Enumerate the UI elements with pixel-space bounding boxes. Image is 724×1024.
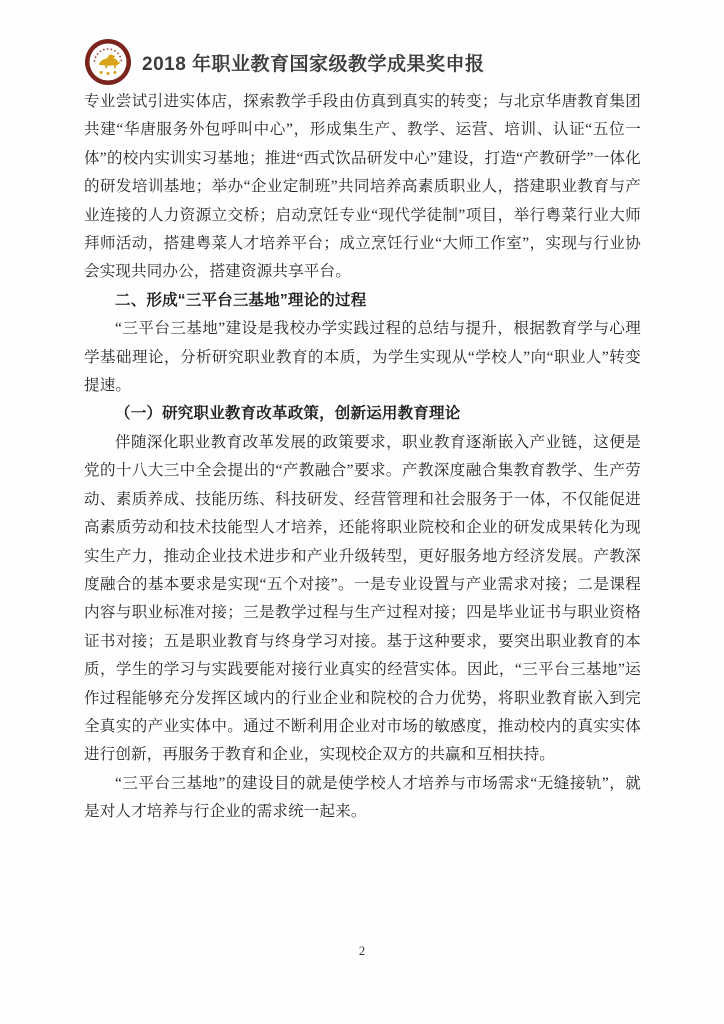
paragraph-theory-summary: “三平台三基地”建设是我校办学实践过程的总结与提升，根据教育学与心理学基础理论，…: [84, 315, 641, 400]
section-heading-2: 二、形成“三平台三基地”理论的过程: [84, 287, 641, 315]
subsection-heading-2-1: （一）研究职业教育改革政策，创新运用教育理论: [84, 400, 641, 428]
paragraph-continuation: 专业尝试引进实体店，探索教学手段由仿真到真实的转变；与北京华唐教育集团共建“华唐…: [84, 88, 641, 287]
document-header: 2018 年职业教育国家级教学成果奖申报: [84, 38, 640, 86]
document-body: 专业尝试引进实体店，探索教学手段由仿真到真实的转变；与北京华唐教育集团共建“华唐…: [84, 88, 641, 827]
paragraph-construction-goal: “三平台三基地”的建设目的就是使学校人才培养与市场需求“无缝接轨”，就是对人才培…: [84, 770, 641, 827]
paragraph-policy-research: 伴随深化职业教育改革发展的政策要求，职业教育逐渐嵌入产业链，这便是党的十八大三中…: [84, 429, 641, 770]
page-number: 2: [0, 944, 724, 959]
school-seal-icon: [84, 38, 132, 86]
document-page: 2018 年职业教育国家级教学成果奖申报 专业尝试引进实体店，探索教学手段由仿真…: [0, 0, 724, 1024]
document-title: 2018 年职业教育国家级教学成果奖申报: [142, 49, 485, 76]
